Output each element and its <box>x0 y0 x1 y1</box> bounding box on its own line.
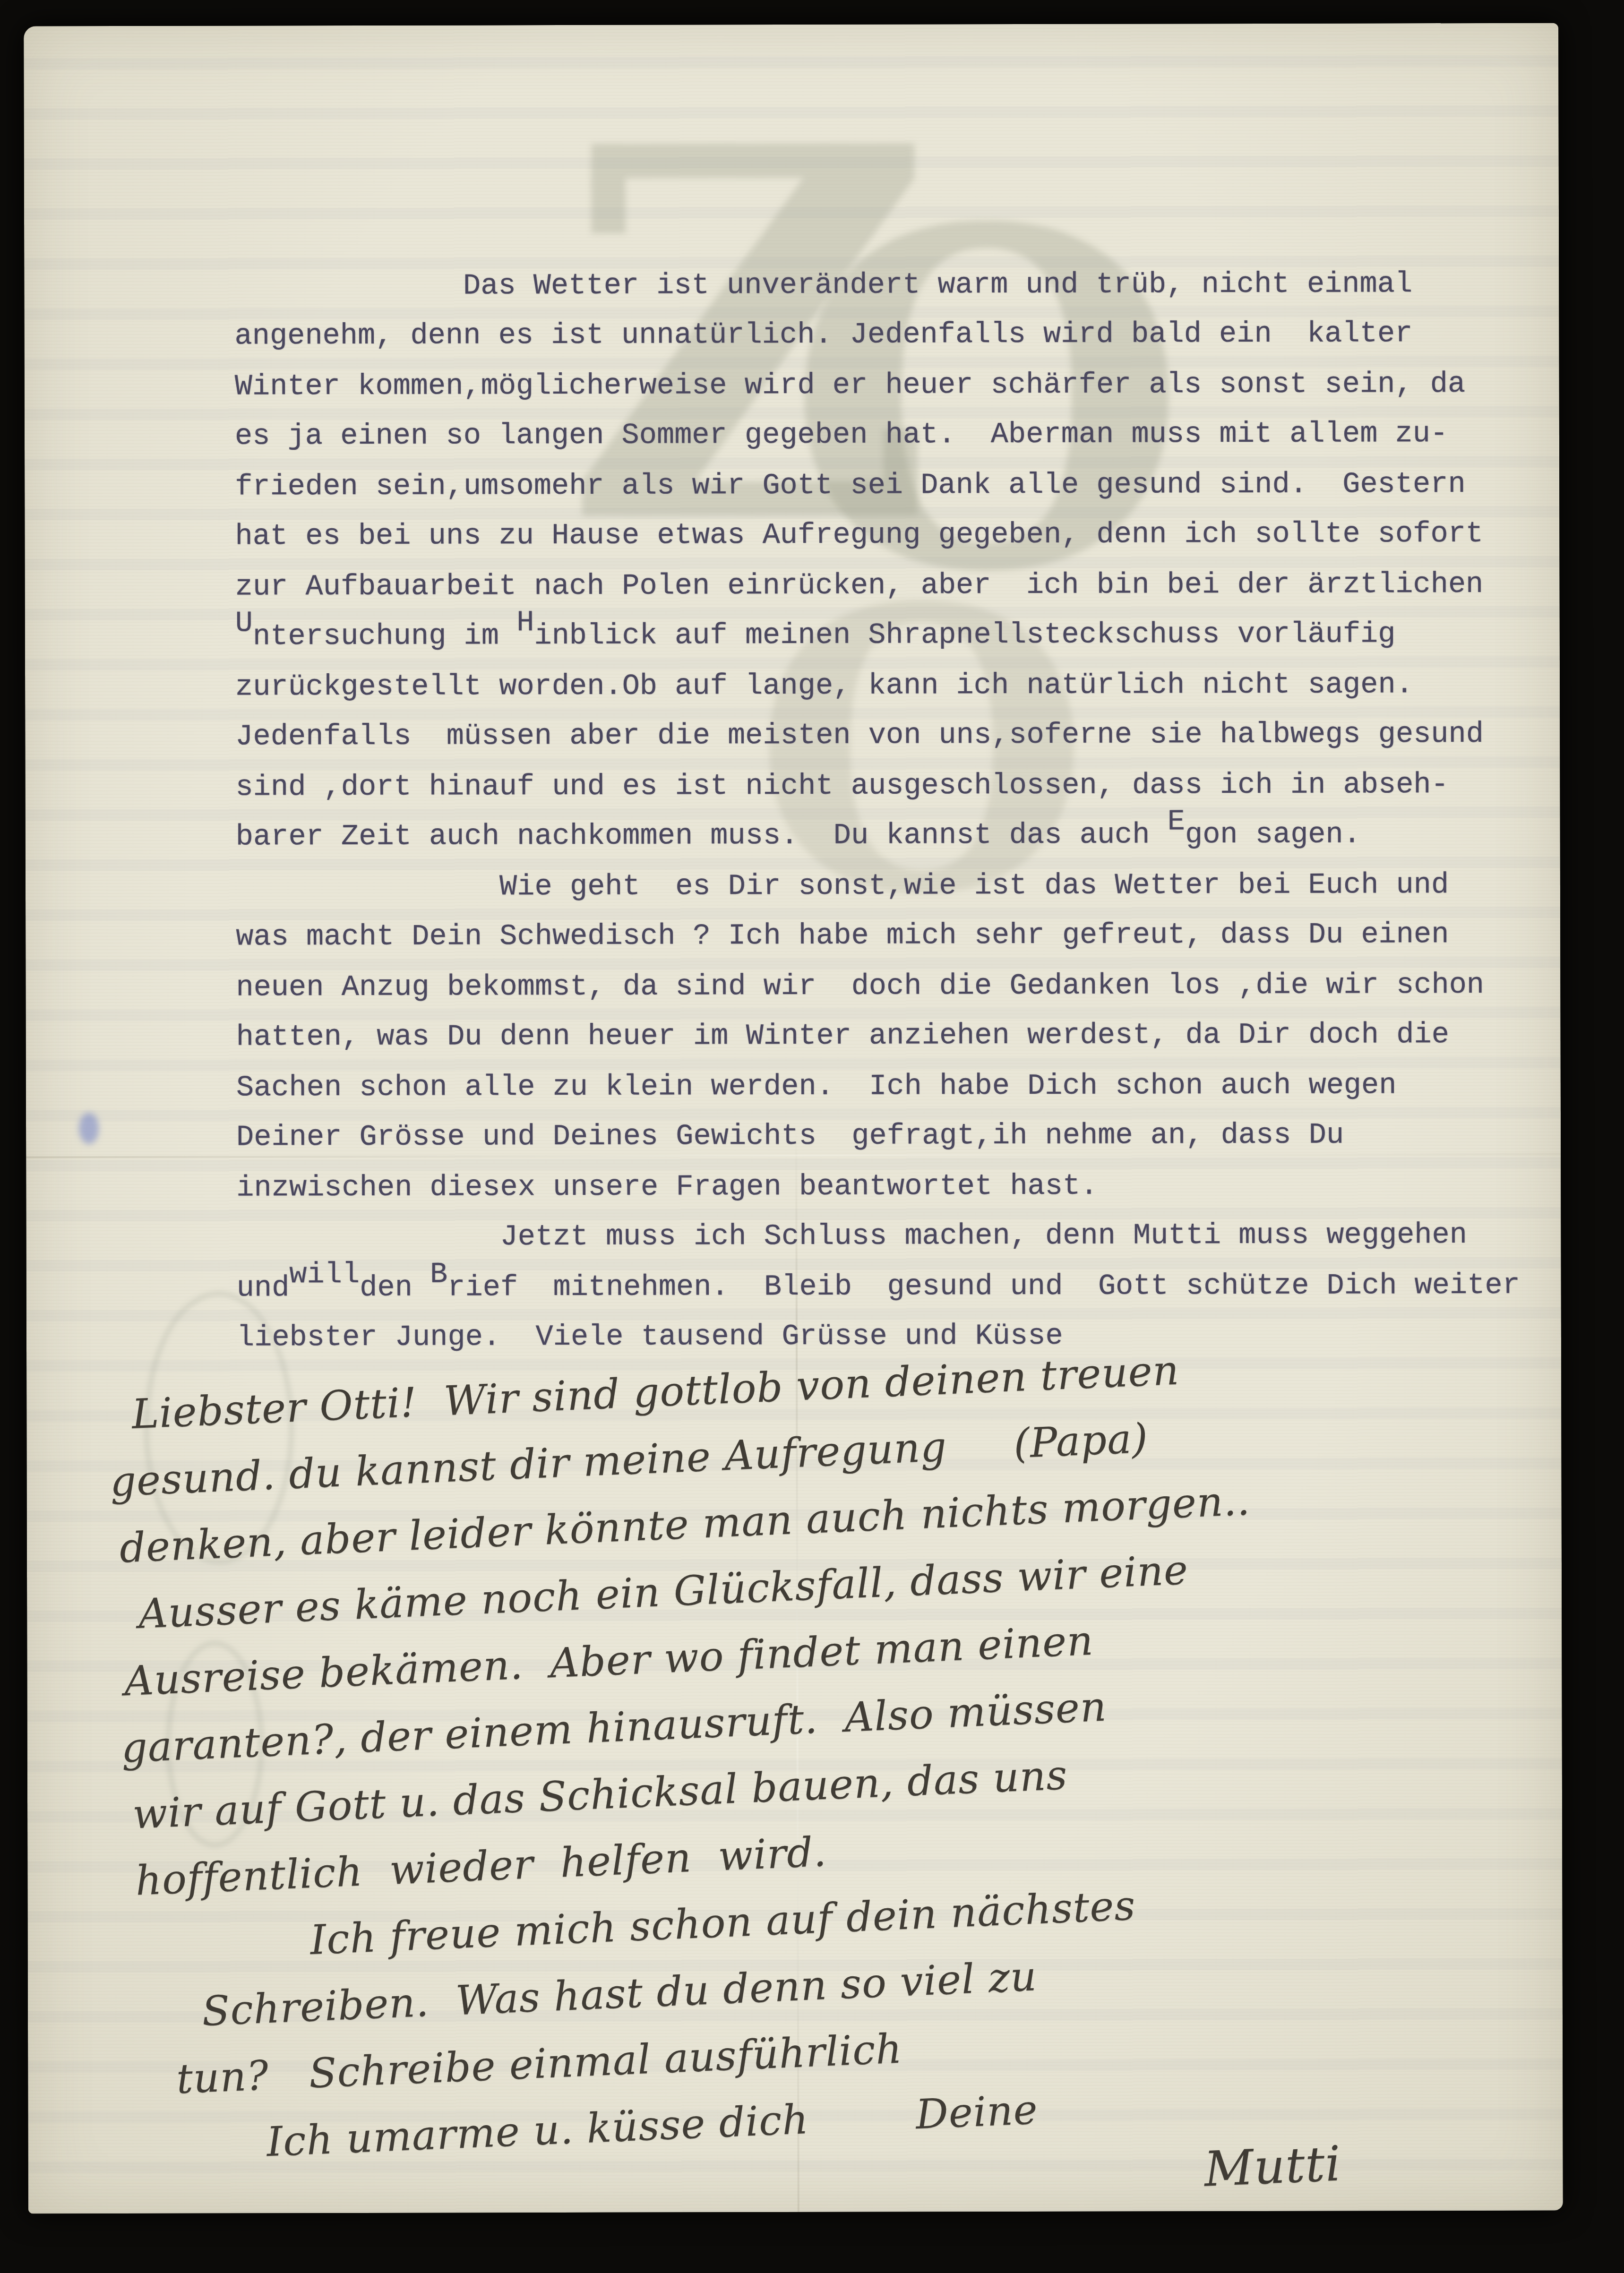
pencil-smudge <box>79 1113 99 1144</box>
typed-line: undwillden Brief mitnehmen. Bleib gesund… <box>237 1261 1520 1313</box>
typed-line: Jetzt muss ich Schluss machen, denn Mutt… <box>236 1210 1520 1263</box>
typed-letter-body: Das Wetter ist unverändert warm und trüb… <box>234 258 1520 1363</box>
typed-line: angenehm, denn es ist unnatürlich. Jeden… <box>234 309 1518 361</box>
handwritten-note: Liebster Otti! Wir sind gottlob von dein… <box>97 1322 1564 2248</box>
typed-line: inzwischen diesex unsere Fragen beantwor… <box>236 1160 1520 1213</box>
letter-page: Z O O Das Wetter ist unverändert warm un… <box>24 23 1563 2214</box>
typed-line: Das Wetter ist unverändert warm und trüb… <box>234 259 1518 312</box>
typed-line: sind ,dort hinauf und es ist nicht ausge… <box>235 760 1519 813</box>
scan-background: Z O O Das Wetter ist unverändert warm un… <box>0 0 1624 2273</box>
typed-line: Jedenfalls müssen aber die meisten von u… <box>235 709 1519 762</box>
typed-line: frieden sein,umsomehr als wir Gott sei D… <box>235 459 1518 512</box>
typed-line: hatten, was Du denn heuer im Winter anzi… <box>236 1010 1520 1063</box>
typed-line: Wie geht es Dir sonst,wie ist das Wetter… <box>236 860 1519 913</box>
typed-line: Untersuchung im Hinblick auf meinen Shra… <box>235 609 1519 662</box>
typed-line: neuen Anzug bekommst, da sind wir doch d… <box>236 960 1519 1013</box>
typed-line: zurückgestellt worden.Ob auf lange, kann… <box>235 660 1519 712</box>
typed-line: hat es bei uns zu Hause etwas Aufregung … <box>235 509 1518 562</box>
typed-line: Sachen schon alle zu klein werden. Ich h… <box>236 1060 1520 1113</box>
typed-line: es ja einen so langen Sommer gegeben hat… <box>235 409 1518 462</box>
typed-line: zur Aufbauarbeit nach Polen einrücken, a… <box>235 559 1519 612</box>
typed-line: was macht Dein Schwedisch ? Ich habe mic… <box>236 909 1519 962</box>
typed-line: Deiner Grösse und Deines Gewichts gefrag… <box>236 1110 1520 1163</box>
typed-line: barer Zeit auch nachkommen muss. Du kann… <box>236 809 1519 862</box>
typed-line: Winter kommen,möglicherweise wird er heu… <box>235 359 1518 412</box>
